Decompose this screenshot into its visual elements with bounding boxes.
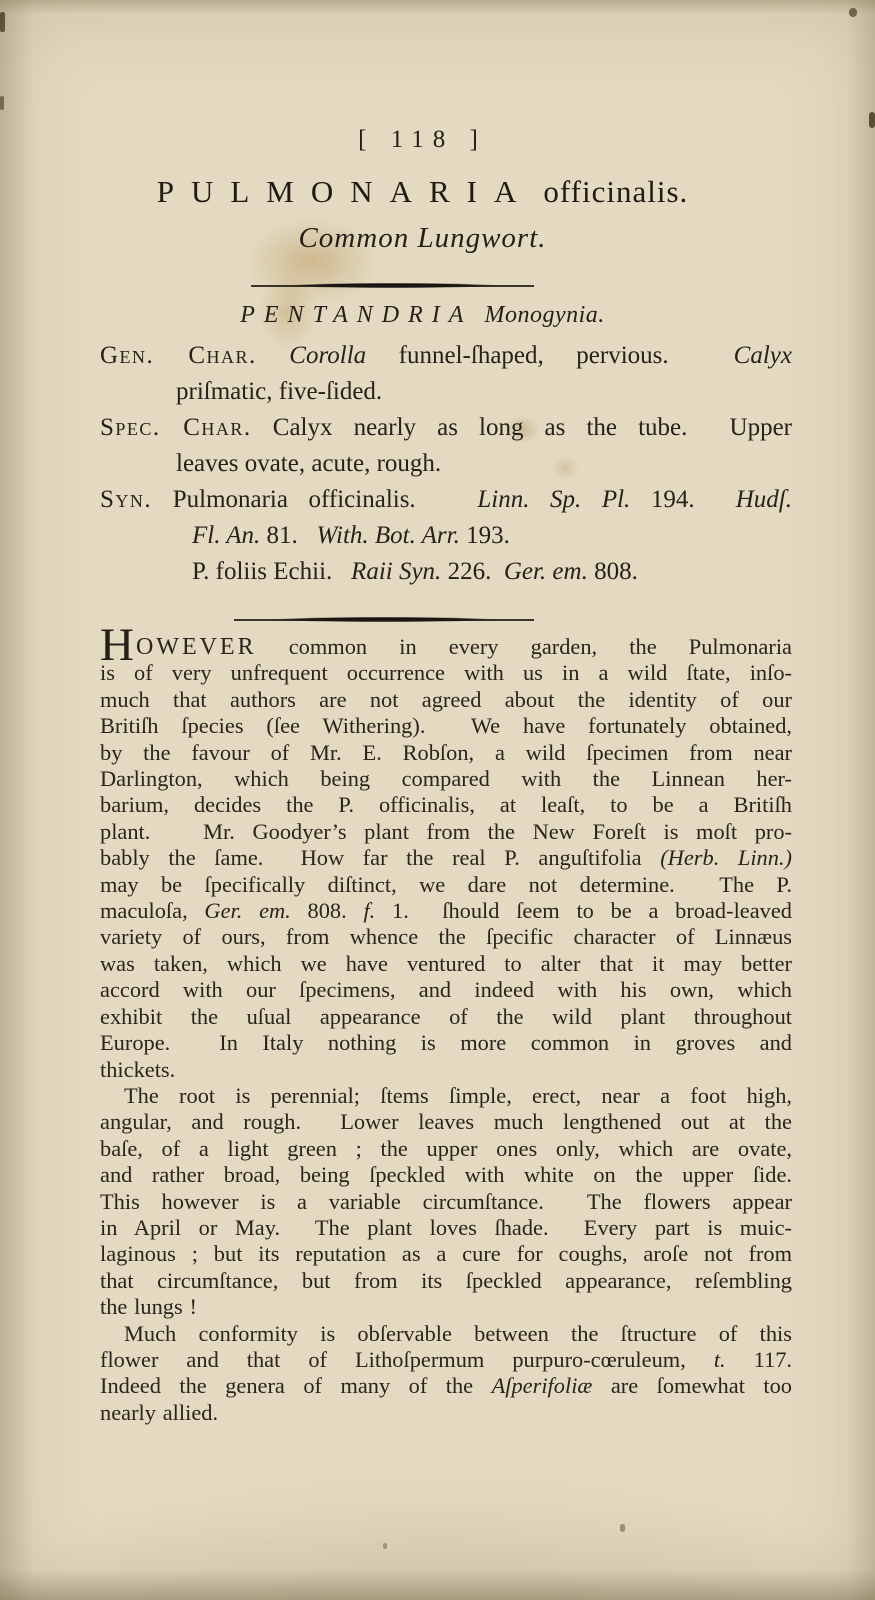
text-segment: 1. ſhould ſeem to be a broad-leaved [375,898,792,923]
text-segment: barium, decides the P. officinalis, at l… [100,792,792,817]
text-line: the lungs ! [100,1294,792,1320]
text-segment: t. [714,1347,726,1372]
text-segment: priſmatic, five-ſided. [176,378,382,405]
text-segment: P. foliis Echii. [192,558,351,585]
text-segment: and rather broad, being ſpeckled with wh… [100,1162,792,1187]
text-segment: common in every garden, the Pulmonaria [257,634,792,659]
text-line: angular, and rough. Lower leaves much le… [100,1109,792,1135]
text-segment: leaves ovate, acute, rough. [176,450,441,477]
paper-fleck [620,1524,625,1532]
text-segment: Fl. An. [192,522,260,549]
notae-section: Gen. Char. Corolla funnel-ſhaped, pervio… [100,338,792,590]
text-line: thickets. [100,1057,792,1083]
text-line: Syn. Pulmonaria officinalis. Linn. Sp. P… [100,482,792,518]
text-line: was taken, which we have ventured to alt… [100,951,792,977]
text-line: baſe, of a light green ; the upper ones … [100,1136,792,1162]
text-segment: nearly allied. [100,1400,218,1425]
species-title: PULMONARIAofficinalis. [55,174,790,210]
text-segment: much that authors are not agreed about t… [100,687,792,712]
text-segment: flower and that of Lithoſpermum purpuro-… [100,1347,714,1372]
page-edge-speck [849,8,857,17]
text-segment: 808. [291,898,364,923]
text-segment [257,342,290,369]
text-line: may be ſpecifically diſtinct, we dare no… [100,872,792,898]
text-line: Gen. Char. Corolla funnel-ſhaped, pervio… [100,338,792,374]
text-line: plant. Mr. Goodyer’s plant from the New … [100,819,792,845]
text-line: Indeed the genera of many of the Aſperif… [100,1373,792,1399]
page-number: [ 118 ] [55,126,790,154]
text-segment: angular, and rough. Lower leaves much le… [100,1109,792,1134]
text-segment: 808. [588,558,638,585]
linnaean-order: Monogynia. [484,302,604,328]
text-segment: that circumſtance, but from its ſpeckled… [100,1268,792,1293]
text-segment: Much conformity is obſervable between th… [124,1321,792,1346]
taxonomy-line: PENTANDRIAMonogynia. [55,302,790,329]
text-segment: Aſperifoliæ [492,1373,593,1398]
text-segment: bably the ſame. How far the real P. angu… [100,845,660,870]
text-line: much that authors are not agreed about t… [100,687,792,713]
text-line: laginous ; but its reputation as a cure … [100,1241,792,1267]
text-segment: Europe. In Italy nothing is more common … [100,1030,792,1055]
text-segment: variety of ours, from whence the ſpecifi… [100,924,792,949]
text-segment: thickets. [100,1057,175,1082]
text-segment: the lungs ! [100,1294,197,1319]
text-segment: Britiſh ſpecies (ſee Withering). We have… [100,713,792,738]
species-epithet: officinalis. [543,174,688,209]
text-segment: exhibit the uſual appearance of the wild… [100,1004,792,1029]
text-segment: Indeed the genera of many of the [100,1373,492,1398]
text-segment: laginous ; but its reputation as a cure … [100,1241,792,1266]
text-segment: baſe, of a light green ; the upper ones … [100,1136,792,1161]
text-segment: The root is perennial; ſtems ſimple, ere… [124,1083,792,1108]
text-line: This however is a variable circumſtance.… [100,1189,792,1215]
text-segment: 81. [260,522,316,549]
text-segment: (Herb. Linn.) [660,845,792,870]
text-line: flower and that of Lithoſpermum purpuro-… [100,1347,792,1373]
text-segment: 117. [726,1347,792,1372]
linnaean-class: PENTANDRIA [240,302,472,328]
text-segment: Spec. Char. [100,414,252,441]
text-segment: 226. [441,558,504,585]
text-segment: Linn. Sp. Pl. [477,486,630,513]
text-line: is of very unfrequent occurrence with us… [100,660,792,686]
text-segment: plant. Mr. Goodyer’s plant from the New … [100,819,792,844]
text-segment: in April or May. The plant loves ſhade. … [100,1215,792,1240]
page-edge-speck [0,12,5,32]
text-segment: Hudſ. [736,486,792,513]
text-line: that circumſtance, but from its ſpeckled… [100,1268,792,1294]
paragraph: HOWEVER common in every garden, the Pulm… [100,634,792,1083]
text-segment: Pulmonaria officinalis. [152,486,477,513]
text-line: by the favour of Mr. E. Robſon, a wild ſ… [100,740,792,766]
text-line: Fl. An. 81. With. Bot. Arr. 193. [100,518,792,554]
text-segment: Syn. [100,486,152,513]
text-line: barium, decides the P. officinalis, at l… [100,792,792,818]
text-line: bably the ſame. How far the real P. angu… [100,845,792,871]
text-line: exhibit the uſual appearance of the wild… [100,1004,792,1030]
text-segment: by the favour of Mr. E. Robſon, a wild ſ… [100,740,792,765]
text-segment: Ger. em. [504,558,588,585]
text-line: and rather broad, being ſpeckled with wh… [100,1162,792,1188]
text-segment: Calyx [734,342,792,369]
text-line: nearly allied. [100,1400,792,1426]
common-name: Common Lungwort. [55,222,790,255]
text-line: priſmatic, five-ſided. [100,374,792,410]
text-segment: may be ſpecifically diſtinct, we dare no… [100,872,792,897]
text-segment: is of very unfrequent occurrence with us… [100,660,792,685]
text-segment: maculoſa, [100,898,204,923]
body-text: HOWEVER common in every garden, the Pulm… [100,634,792,1426]
paragraph: Much conformity is obſervable between th… [100,1321,792,1427]
text-line: variety of ours, from whence the ſpecifi… [100,924,792,950]
text-segment: With. Bot. Arr. [317,522,460,549]
text-line: P. foliis Echii. Raii Syn. 226. Ger. em.… [100,554,792,590]
paper-fleck [383,1543,387,1549]
text-line: The root is perennial; ſtems ſimple, ere… [100,1083,792,1109]
text-line: Much conformity is obſervable between th… [100,1321,792,1347]
divider-rule-main [233,616,535,623]
text-line: Europe. In Italy nothing is more common … [100,1030,792,1056]
text-line: HOWEVER common in every garden, the Pulm… [100,634,792,660]
text-segment: Raii Syn. [351,558,441,585]
book-page: [ 118 ] PULMONARIAofficinalis. Common Lu… [0,0,875,1600]
genus-name: PULMONARIA [157,174,534,209]
paragraph: The root is perennial; ſtems ſimple, ere… [100,1083,792,1321]
text-line: in April or May. The plant loves ſhade. … [100,1215,792,1241]
text-segment: This however is a variable circumſtance.… [100,1189,792,1214]
text-segment: OWEVER [136,634,257,660]
text-segment: Calyx nearly as long as the tube. Upper [252,414,792,441]
text-line: accord with our ſpecimens, and indeed wi… [100,977,792,1003]
divider-rule-top [250,282,535,289]
text-line: maculoſa, Ger. em. 808. f. 1. ſhould ſee… [100,898,792,924]
text-line: Darlington, which being compared with th… [100,766,792,792]
text-segment: Gen. Char. [100,342,257,369]
text-segment: was taken, which we have ventured to alt… [100,951,792,976]
text-segment: Darlington, which being compared with th… [100,766,792,791]
text-segment: Corolla [289,342,366,369]
text-segment: Ger. em. [204,898,290,923]
text-line: Britiſh ſpecies (ſee Withering). We have… [100,713,792,739]
text-segment: f. [363,898,375,923]
text-segment: accord with our ſpecimens, and indeed wi… [100,977,792,1002]
text-segment: are ſomewhat too [592,1373,792,1398]
page-edge-speck [869,112,875,128]
text-line: leaves ovate, acute, rough. [100,446,792,482]
text-segment: 193. [460,522,510,549]
text-segment: funnel-ſhaped, pervious. [366,342,734,369]
text-segment: 194. [630,486,735,513]
page-edge-speck [0,96,4,110]
text-line: Spec. Char. Calyx nearly as long as the … [100,410,792,446]
